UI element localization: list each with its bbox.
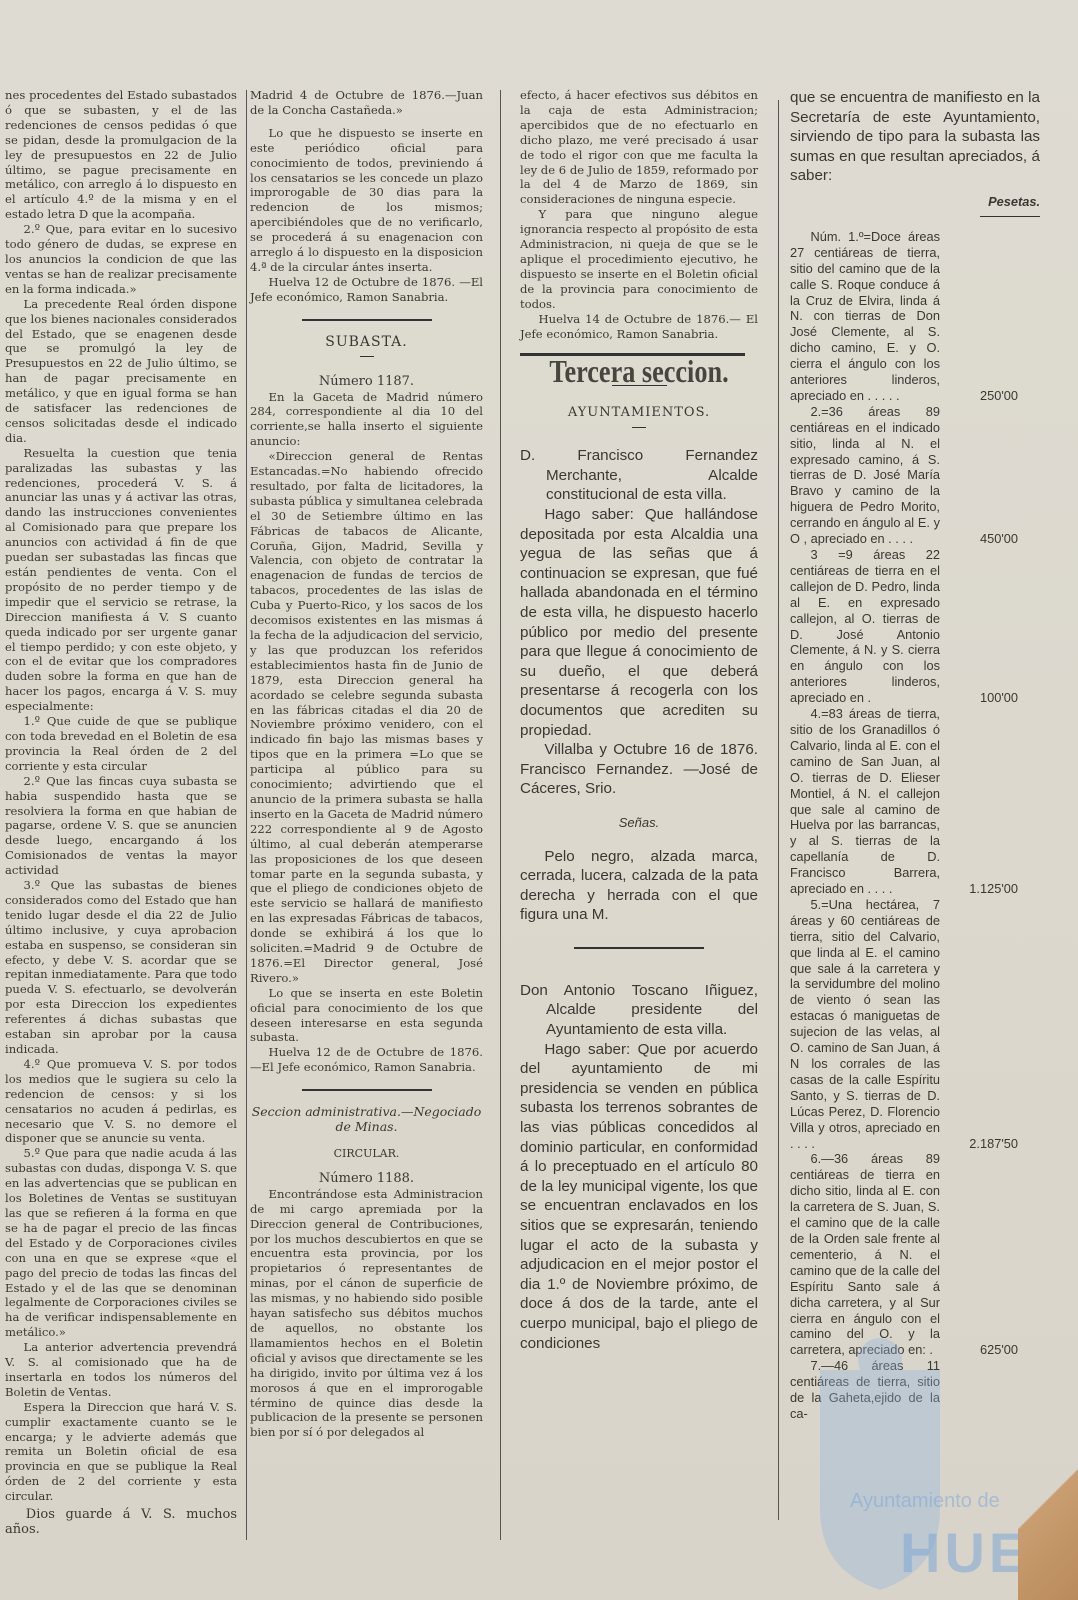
paragraph: 4.º Que promueva V. S. por todos los med… <box>5 1057 237 1146</box>
paragraph: La anterior advertencia prevendrá V. S. … <box>5 1340 237 1400</box>
list-item: 7.—46 áreas 11 centiáreas de tierra, sit… <box>790 1358 940 1422</box>
price-value: 250'00 <box>940 388 1018 404</box>
divider-rule <box>302 1089 432 1091</box>
price-value: 1.125'00 <box>940 881 1018 897</box>
list-item: 2.=36 áreas 89 centiáreas en el indicado… <box>790 404 940 547</box>
column-divider <box>778 100 779 1520</box>
paragraph: efecto, á hacer efectivos sus débitos en… <box>520 88 758 207</box>
dash-rule <box>360 356 374 357</box>
section-heading: SUBASTA. <box>250 335 483 350</box>
newspaper-page: nes procedentes del Estado subastados ó … <box>0 0 1078 1600</box>
land-description: Núm. 1.º=Doce áreas 27 centiáreas de tie… <box>790 229 940 404</box>
paragraph: Encontrándose esta Administracion de mi … <box>250 1187 483 1440</box>
land-description: 7.—46 áreas 11 centiáreas de tierra, sit… <box>790 1358 940 1422</box>
notice-number: Número 1187. <box>250 375 483 390</box>
section-subheading: AYUNTAMIENTOS. <box>520 406 758 421</box>
divider-rule <box>574 947 704 949</box>
watermark-text: HUELVA <box>900 1520 1078 1585</box>
paragraph: Espera la Direccion que hará V. S. cumpl… <box>5 1400 237 1504</box>
land-description: 5.=Una hectárea, 7 áreas y 60 centiáreas… <box>790 897 940 1152</box>
paragraph: 2.º Que, para evitar en lo sucesivo todo… <box>5 222 237 297</box>
list-item: Núm. 1.º=Doce áreas 27 centiáreas de tie… <box>790 229 940 404</box>
dash-rule <box>980 216 1040 217</box>
watermark-text: Ayuntamiento de <box>850 1490 1000 1513</box>
land-description: 6.—36 áreas 89 centiáreas de tierra en d… <box>790 1151 940 1358</box>
column-4: que se encuentra de manifiesto en la Sec… <box>790 88 990 1422</box>
price-value: 2.187'50 <box>940 1136 1018 1152</box>
column-1: nes procedentes del Estado subastados ó … <box>5 88 237 1538</box>
paragraph: Hago saber: Que por acuerdo del ayuntami… <box>520 1040 758 1354</box>
land-description: 3 =9 áreas 22 centiáreas de tierra en el… <box>790 547 940 706</box>
land-description: 2.=36 áreas 89 centiáreas en el indicado… <box>790 404 940 547</box>
paragraph: Y para que ninguno alegue ignorancia res… <box>520 207 758 311</box>
paragraph: 5.º Que para que nadie acuda á las subas… <box>5 1146 237 1340</box>
notice-header: Don Antonio Toscano Iñiguez, Alcalde pre… <box>520 981 758 1040</box>
land-description: 4.=83 áreas de tierra, sitio de los Gran… <box>790 706 940 897</box>
notice-villalba: D. Francisco Fernandez Merchante, Alcald… <box>520 446 758 1353</box>
section-title: Tercera seccion. <box>541 364 736 379</box>
paragraph: Hago saber: Que hallándose depositada po… <box>520 505 758 740</box>
divider-rule <box>302 319 432 321</box>
paragraph: 2.º Que las fincas cuya subasta se habia… <box>5 774 237 878</box>
senas-title: Señas. <box>520 813 758 833</box>
price-value: 450'00 <box>940 531 1018 547</box>
section-subheading: CIRCULAR. <box>250 1147 483 1162</box>
column-divider <box>246 90 247 1540</box>
paragraph: «Direccion general de Rentas Estancadas.… <box>250 449 483 986</box>
paragraph: Madrid 4 de Octubre de 1876.—Juan de la … <box>250 88 483 118</box>
list-item: 6.—36 áreas 89 centiáreas de tierra en d… <box>790 1151 940 1358</box>
list-item: 5.=Una hectárea, 7 áreas y 60 centiáreas… <box>790 897 940 1152</box>
paragraph: Pelo negro, alzada marca, cerrada, lucer… <box>520 847 758 925</box>
list-item: 4.=83 áreas de tierra, sitio de los Gran… <box>790 706 940 897</box>
column-2: Madrid 4 de Octubre de 1876.—Juan de la … <box>250 88 483 1440</box>
land-list: Núm. 1.º=Doce áreas 27 centiáreas de tie… <box>790 229 940 1422</box>
paragraph: Resuelta la cuestion que tenia paralizad… <box>5 446 237 714</box>
column-3: efecto, á hacer efectivos sus débitos en… <box>520 88 758 1353</box>
notice-header: D. Francisco Fernandez Merchante, Alcald… <box>520 446 758 505</box>
signature: Huelva 12 de Octubre de 1876. —El Jefe e… <box>250 275 483 305</box>
closing-line: Dios guarde á V. S. muchos años. <box>5 1508 237 1538</box>
dash-rule <box>632 427 646 428</box>
paragraph: Lo que se inserta en este Boletin oficia… <box>250 986 483 1046</box>
paragraph: Lo que he dispuesto se inserte en este p… <box>250 126 483 275</box>
paragraph: 1.º Que cuide de que se publique con tod… <box>5 714 237 774</box>
signature: Huelva 12 de de Octubre de 1876. —El Jef… <box>250 1045 483 1075</box>
currency-header: Pesetas. <box>790 194 1040 210</box>
paragraph: nes procedentes del Estado subastados ó … <box>5 88 237 222</box>
column-divider <box>500 90 501 1540</box>
price-value: 625'00 <box>940 1342 1018 1358</box>
paragraph: En la Gaceta de Madrid número 284, corre… <box>250 390 483 450</box>
section-heading: Seccion administrativa.—Negociado de Min… <box>250 1105 483 1135</box>
paragraph: 3.º Que las subastas de bienes considera… <box>5 878 237 1057</box>
notice-number: Número 1188. <box>250 1172 483 1187</box>
paragraph: que se encuentra de manifiesto en la Sec… <box>790 88 1040 186</box>
list-item: 3 =9 áreas 22 centiáreas de tierra en el… <box>790 547 940 706</box>
price-value: 100'00 <box>940 690 1018 706</box>
signature: Huelva 14 de Octubre de 1876.— El Jefe e… <box>520 312 758 342</box>
paragraph: La precedente Real órden dispone que los… <box>5 297 237 446</box>
paragraph: Villalba y Octubre 16 de 1876. Francisco… <box>520 740 758 799</box>
